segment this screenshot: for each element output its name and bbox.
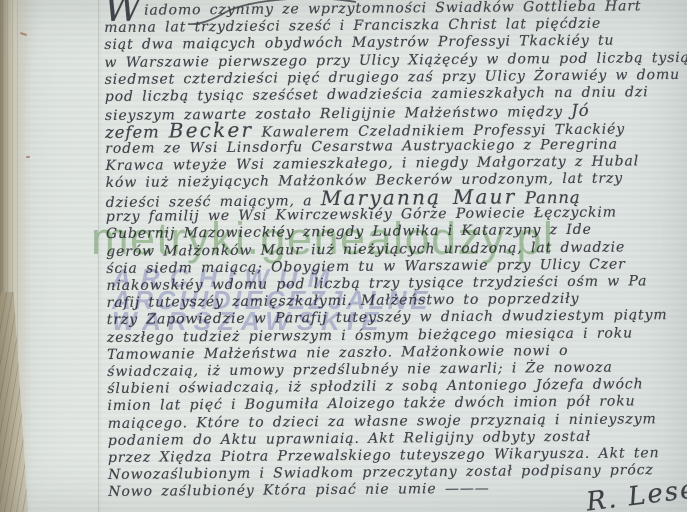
document-scan: Wiadomo czynimy ze wprzytomności Swiadkó… [0, 0, 687, 512]
watermark-archiwum-line3: WARSZAWSKIE [112, 311, 431, 333]
watermark-genealodzy: metryki.genealodzy.pl [91, 213, 554, 265]
watermark-archiwum: ARCHIWUM ARCHIDIECEZJALNE WARSZAWSKIE [112, 268, 431, 333]
